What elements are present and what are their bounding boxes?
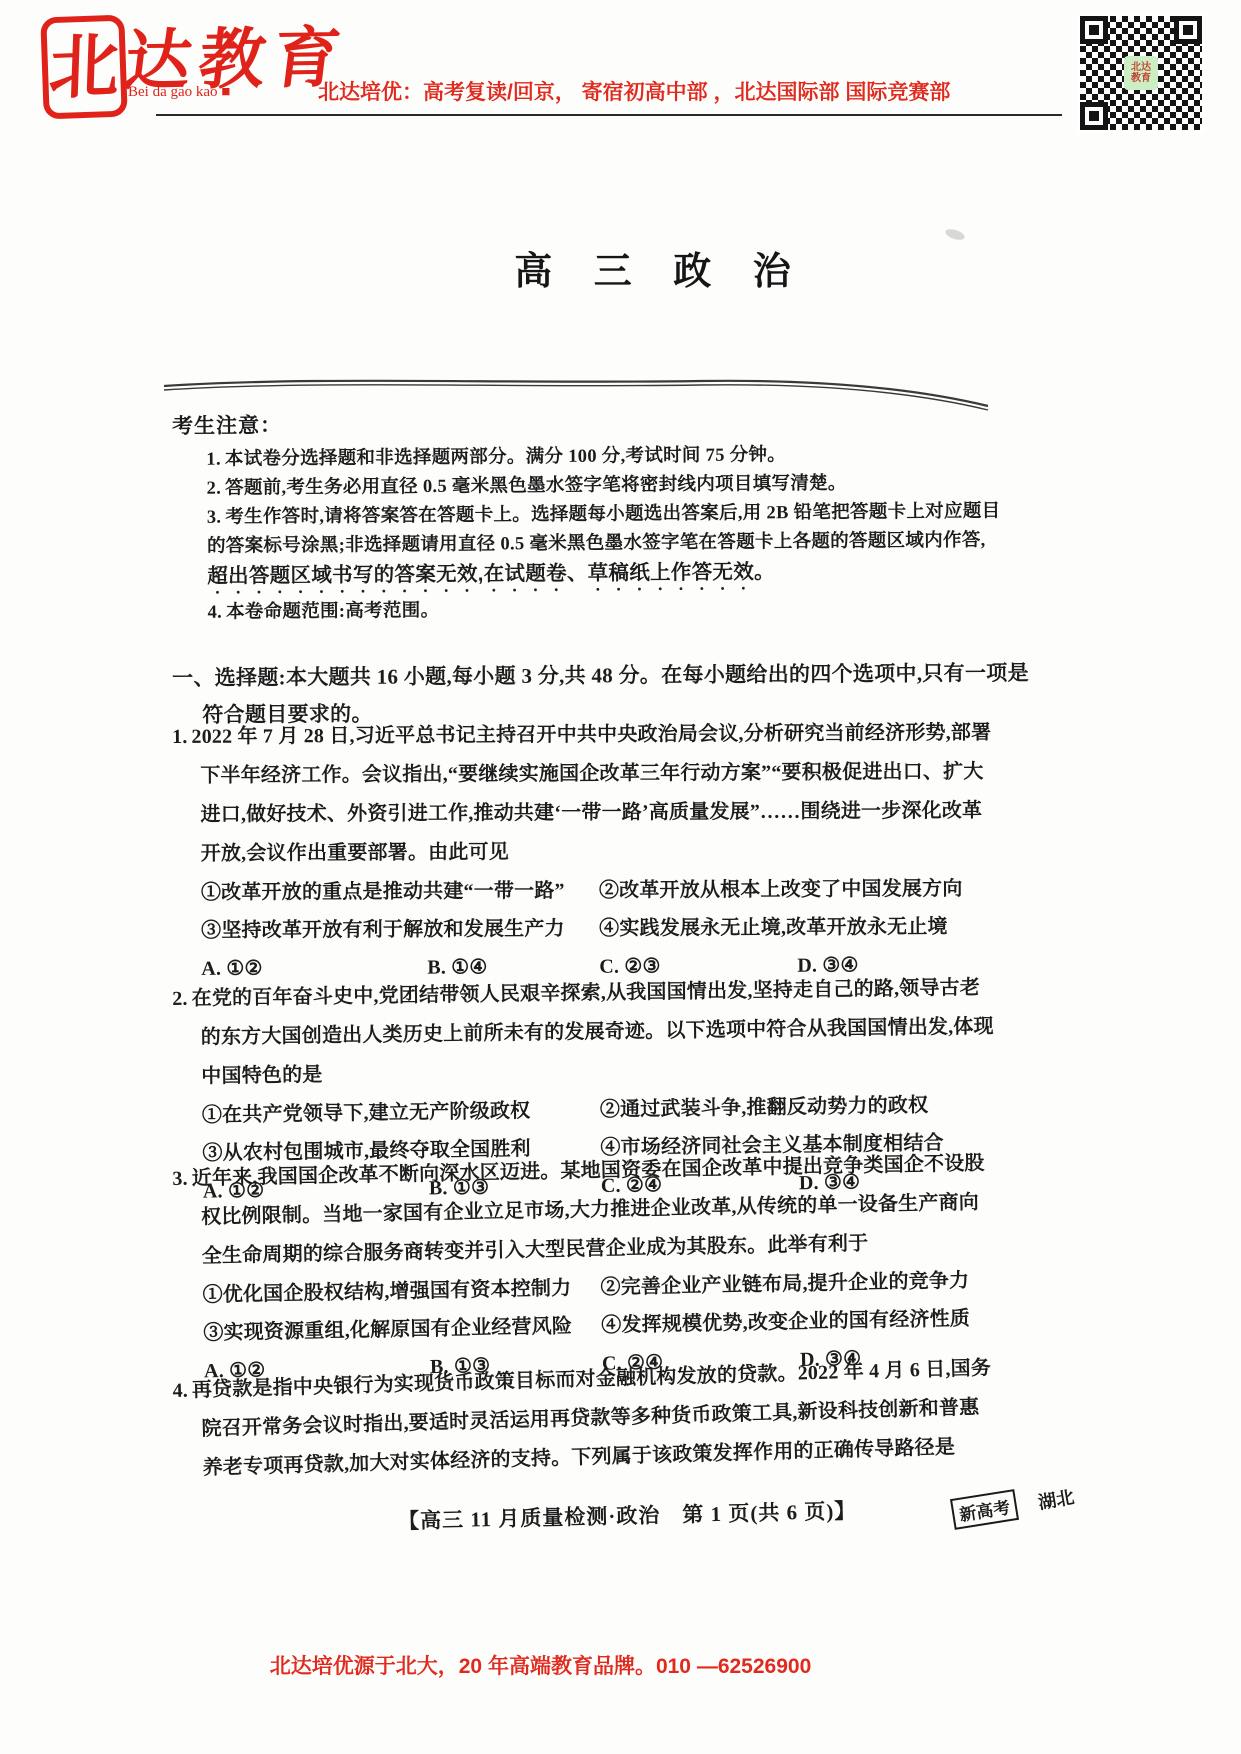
question-number: 1. [172, 726, 188, 748]
notice-item-text: 本卷命题范围:高考范围。 [226, 601, 439, 623]
qr-code: 北达 教育 [1080, 16, 1202, 130]
option-list: ①优化国企股权结构,增强国有资本控制力 ②完善企业产业链布局,提升企业的竞争力 … [174, 1261, 1001, 1353]
option-2: ②改革开放从根本上改变了中国发展方向 [599, 870, 999, 910]
notice-item-text: 考生作答时,请将答案答在答题卡上。选择题每小题选出答案后,用 2B 铅笔把答题卡… [207, 501, 1000, 556]
question-number: 3. [172, 1168, 188, 1190]
exam-page: 北 达教育 Bei da gao kao ■ 北达培优：高考复读/回京， 寄宿初… [0, 0, 1241, 1754]
notice-item-emphasis: 超出答题区域书写的答案无效,在试题卷、草稿纸上作答无效。 [207, 560, 775, 587]
question-stem: 4.再贷款是指中央银行为实现货币政策目标而对金融机构发放的贷款。2022 年 4… [172, 1349, 1001, 1489]
header-divider [156, 114, 1062, 116]
notice-item-number: 3. [207, 508, 222, 528]
question-text: 2022 年 7 月 28 日,习近平总书记主持召开中共中央政治局会议,分析研究… [191, 722, 991, 865]
option-list: ①改革开放的重点是推动共建“一带一路” ②改革开放从根本上改变了中国发展方向 ③… [173, 870, 999, 950]
question-text: 在党的百年奋斗史中,党团结带领人民艰辛探索,从我国国情出发,坚持走自己的路,领导… [192, 977, 994, 1088]
qr-center-label: 北达 教育 [1124, 56, 1158, 90]
qr-finder-icon [1174, 16, 1202, 44]
qr-label-line1: 北达 [1131, 62, 1151, 73]
question-stem: 3.近年来,我国国企改革不断向深水区迈进。某地国资委在国企改革中提出竞争类国企不… [172, 1144, 1000, 1277]
option-2: ②通过武装斗争,推翻反动势力的政权 [600, 1085, 1000, 1129]
option-4: ④发挥规模优势,改变企业的国有经济性质 [601, 1299, 1002, 1345]
question-text: 再贷款是指中央银行为实现货币政策目标而对金融机构发放的贷款。2022 年 4 月… [192, 1357, 992, 1479]
brand-seal-logo: 北 [40, 15, 128, 120]
header-tagline: 北达培优：高考复读/回京， 寄宿初高中部 ，北达国际部 国际竞赛部 [318, 76, 1078, 106]
brand-subtitle: Bei da gao kao ■ [128, 84, 230, 101]
notice-item-number: 4. [208, 603, 223, 623]
question-stem: 2.在党的百年奋斗史中,党团结带领人民艰辛探索,从我国国情出发,坚持走自己的路,… [172, 968, 1000, 1097]
question-stem: 1.2022 年 7 月 28 日,习近平总书记主持召开中共中央政治局会议,分析… [172, 714, 999, 874]
qr-finder-icon [1080, 102, 1108, 130]
question-number: 2. [172, 988, 188, 1010]
notice-heading: 考生注意： [172, 403, 1000, 440]
notice-item-text: 本试卷分选择题和非选择题两部分。满分 100 分,考试时间 75 分钟。 [225, 445, 786, 469]
notice-list: 1.本试卷分选择题和非选择题两部分。满分 100 分,考试时间 75 分钟。 2… [172, 439, 1001, 627]
footer-region-label: 湖北 [1036, 1483, 1076, 1515]
notice-item-number: 2. [207, 479, 222, 499]
option-4: ④实践发展永无止境,改革开放永无止境 [599, 908, 999, 948]
option-3: ③坚持改革开放有利于解放和发展生产力 [201, 910, 599, 950]
qr-finder-icon [1080, 16, 1108, 44]
footer-exam-badge: 新高考 [950, 1489, 1019, 1530]
question-4: 4.再贷款是指中央银行为实现货币政策目标而对金融机构发放的贷款。2022 年 4… [172, 1349, 1001, 1489]
question-text: 近年来,我国国企改革不断向深水区迈进。某地国资委在国企改革中提出竞争类国企不设股… [192, 1152, 985, 1267]
seal-character: 北 [48, 31, 120, 104]
notice-item-number: 1. [206, 450, 221, 470]
question-number: 4. [172, 1380, 188, 1402]
notice-item-text: 答题前,考生务必用直径 0.5 毫米黑色墨水签字笔将密封线内项目填写清楚。 [225, 474, 847, 499]
option-1: ①在共产党领导下,建立无产阶级政权 [202, 1091, 600, 1135]
page-title: 高 三 政 治 [40, 240, 1241, 295]
footer-page-label: 【高三 11 月质量检测·政治 第 1 页(共 6 页)】 [398, 1495, 857, 1535]
notice-item: 3.考生作答时,请将答案答在答题卡上。选择题每小题选出答案后,用 2B 铅笔把答… [207, 497, 1002, 598]
question-1: 1.2022 年 7 月 28 日,习近平总书记主持召开中共中央政治局会议,分析… [172, 714, 999, 988]
qr-label-line2: 教育 [1131, 73, 1151, 84]
notice-section: 考生注意： 1.本试卷分选择题和非选择题两部分。满分 100 分,考试时间 75… [172, 403, 1002, 627]
footer-brand-line: 北达培优源于北大，20 年高端教育品牌。010 —62526900 [0, 1650, 1161, 1680]
notice-item: 4.本卷命题范围:高考范围。 [207, 592, 1001, 627]
option-1: ①改革开放的重点是推动共建“一带一路” [201, 872, 599, 912]
